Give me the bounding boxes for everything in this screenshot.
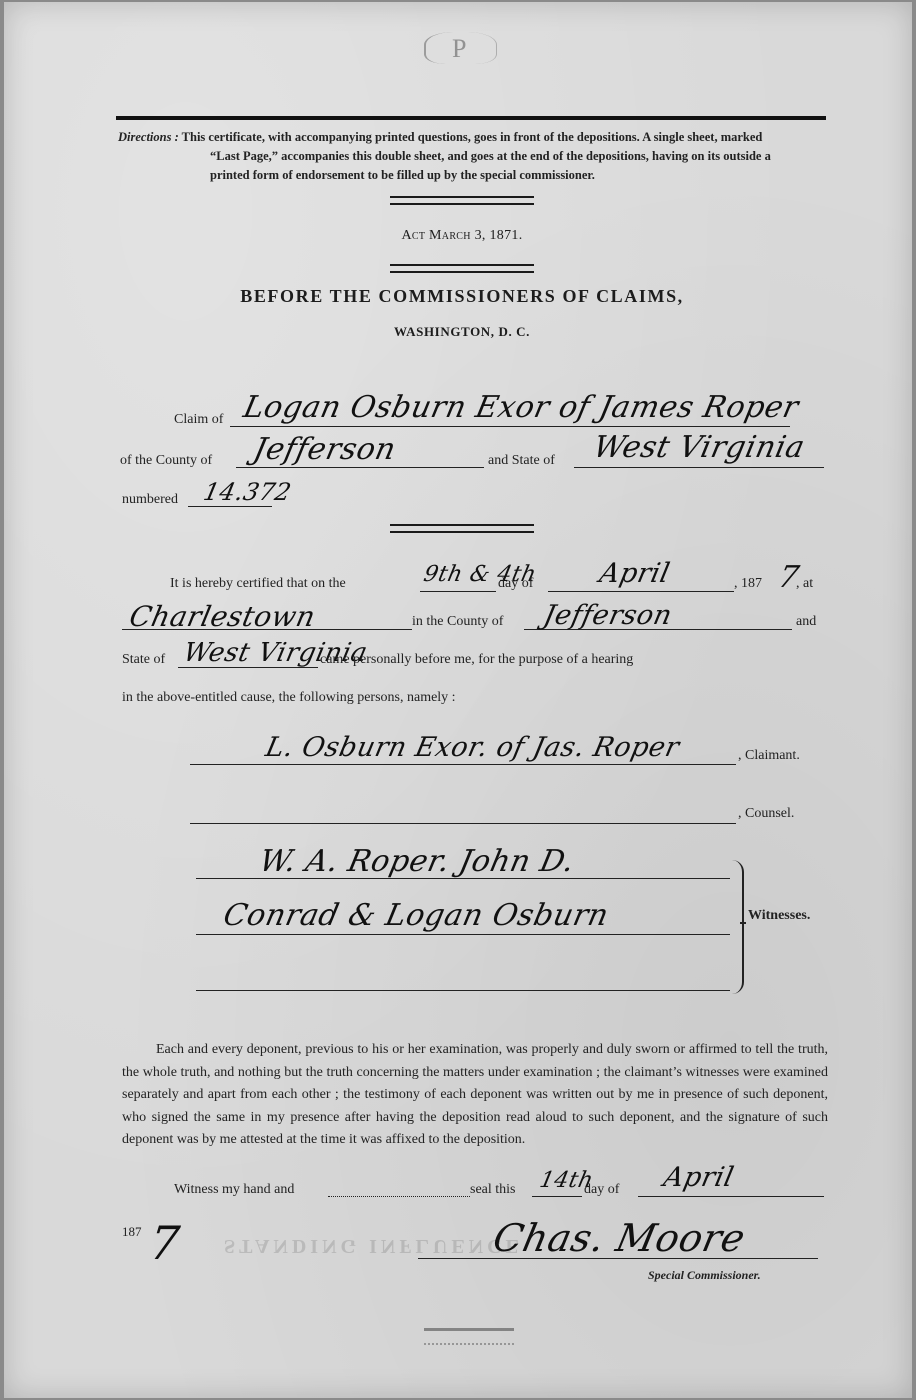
county-label: of the County of [120,453,212,469]
directions-line-2: “Last Page,” accompanies this double she… [118,147,830,166]
commissioner-signature: Chas. Moore [489,1216,749,1260]
day-of-text: day of [498,576,533,592]
act-date: 3, 1871. [475,228,523,243]
claimant-label: , Claimant. [738,748,800,764]
seal-day-line [532,1196,582,1197]
state-handwritten: West Virginia [590,430,808,465]
seal-year-prefix: 187 [122,1224,142,1240]
state-line [574,467,824,468]
month-handwritten: April [597,558,673,589]
month-line [548,591,734,592]
witnesses-brace-tip [740,922,746,932]
witness-hand-text: Witness my hand and [174,1182,294,1198]
directions-label: Directions : [118,130,179,144]
seal-this-text: seal this [470,1182,516,1198]
witness-hand-line [328,1196,470,1197]
seal-month-handwritten: April [661,1162,737,1193]
year-prefix: , 187 [734,576,762,592]
counsel-label: , Counsel. [738,806,794,822]
numbered-label: numbered [122,492,178,508]
page-mark-letter: P [452,34,466,64]
witnesses-label: Witnesses. [748,908,810,924]
seal-day-of-text: day of [584,1182,619,1198]
claimant-name-handwritten: Logan Osburn Exor of James Roper [240,390,802,425]
cert-county-handwritten: Jefferson [541,600,675,631]
document-subheading: WASHINGTON, D. C. [4,324,916,340]
personally-text: came personally before me, for the purpo… [320,652,633,668]
state-label: and State of [488,453,555,469]
oath-paragraph-text: Each and every deponent, previous to his… [122,1039,828,1152]
claim-number-handwritten: 14.372 [201,478,294,506]
certified-text: It is hereby certified that on the [170,576,346,592]
page-mark-stamp: P [424,32,497,64]
claimant-line [190,764,736,765]
claimant-entry-handwritten: L. Osburn Exor. of Jas. Roper [263,732,683,763]
divider-rule-1 [390,196,534,205]
directions-line-1: This certificate, with accompanying prin… [182,130,763,144]
and-text: and [796,614,816,630]
cert-state-label: State of [122,652,165,668]
top-rule [116,116,826,120]
divider-rule-3 [390,524,534,533]
day-line [420,591,496,592]
act-prefix: Act March [401,228,470,243]
document-heading: BEFORE THE COMMISSIONERS OF CLAIMS, [4,286,916,307]
county-handwritten: Jefferson [250,432,399,467]
at-text: , at [796,576,813,592]
act-line: Act March 3, 1871. [4,228,916,244]
divider-rule-2 [390,264,534,273]
place-handwritten: Charlestown [126,600,318,633]
witness-entry-1-handwritten: W. A. Roper. John D. [256,844,577,879]
directions-line-3: printed form of endorsement to be filled… [118,166,830,185]
commissioner-title: Special Commissioner. [648,1268,761,1283]
document-page: P Directions : This certificate, with ac… [4,2,912,1398]
bottom-stamp [424,1328,514,1345]
oath-paragraph: Each and every deponent, previous to his… [122,1039,828,1152]
witness-line-3 [196,990,730,991]
claim-number-line [188,506,272,507]
claim-of-label: Claim of [174,412,223,428]
seal-month-line [638,1196,824,1197]
witness-line-2 [196,934,730,935]
witness-entry-2-handwritten: Conrad & Logan Osburn [220,898,612,933]
bleed-through-text: STANDING INFLUENCE [224,1234,523,1257]
in-county-text: in the County of [412,614,503,630]
claimant-name-line [230,426,790,427]
counsel-line [190,823,736,824]
directions-block: Directions : This certificate, with acco… [118,128,830,185]
above-entitled-text: in the above-entitled cause, the followi… [122,690,456,706]
county-line [236,467,484,468]
seal-year-digit-handwritten: 7 [147,1216,182,1270]
